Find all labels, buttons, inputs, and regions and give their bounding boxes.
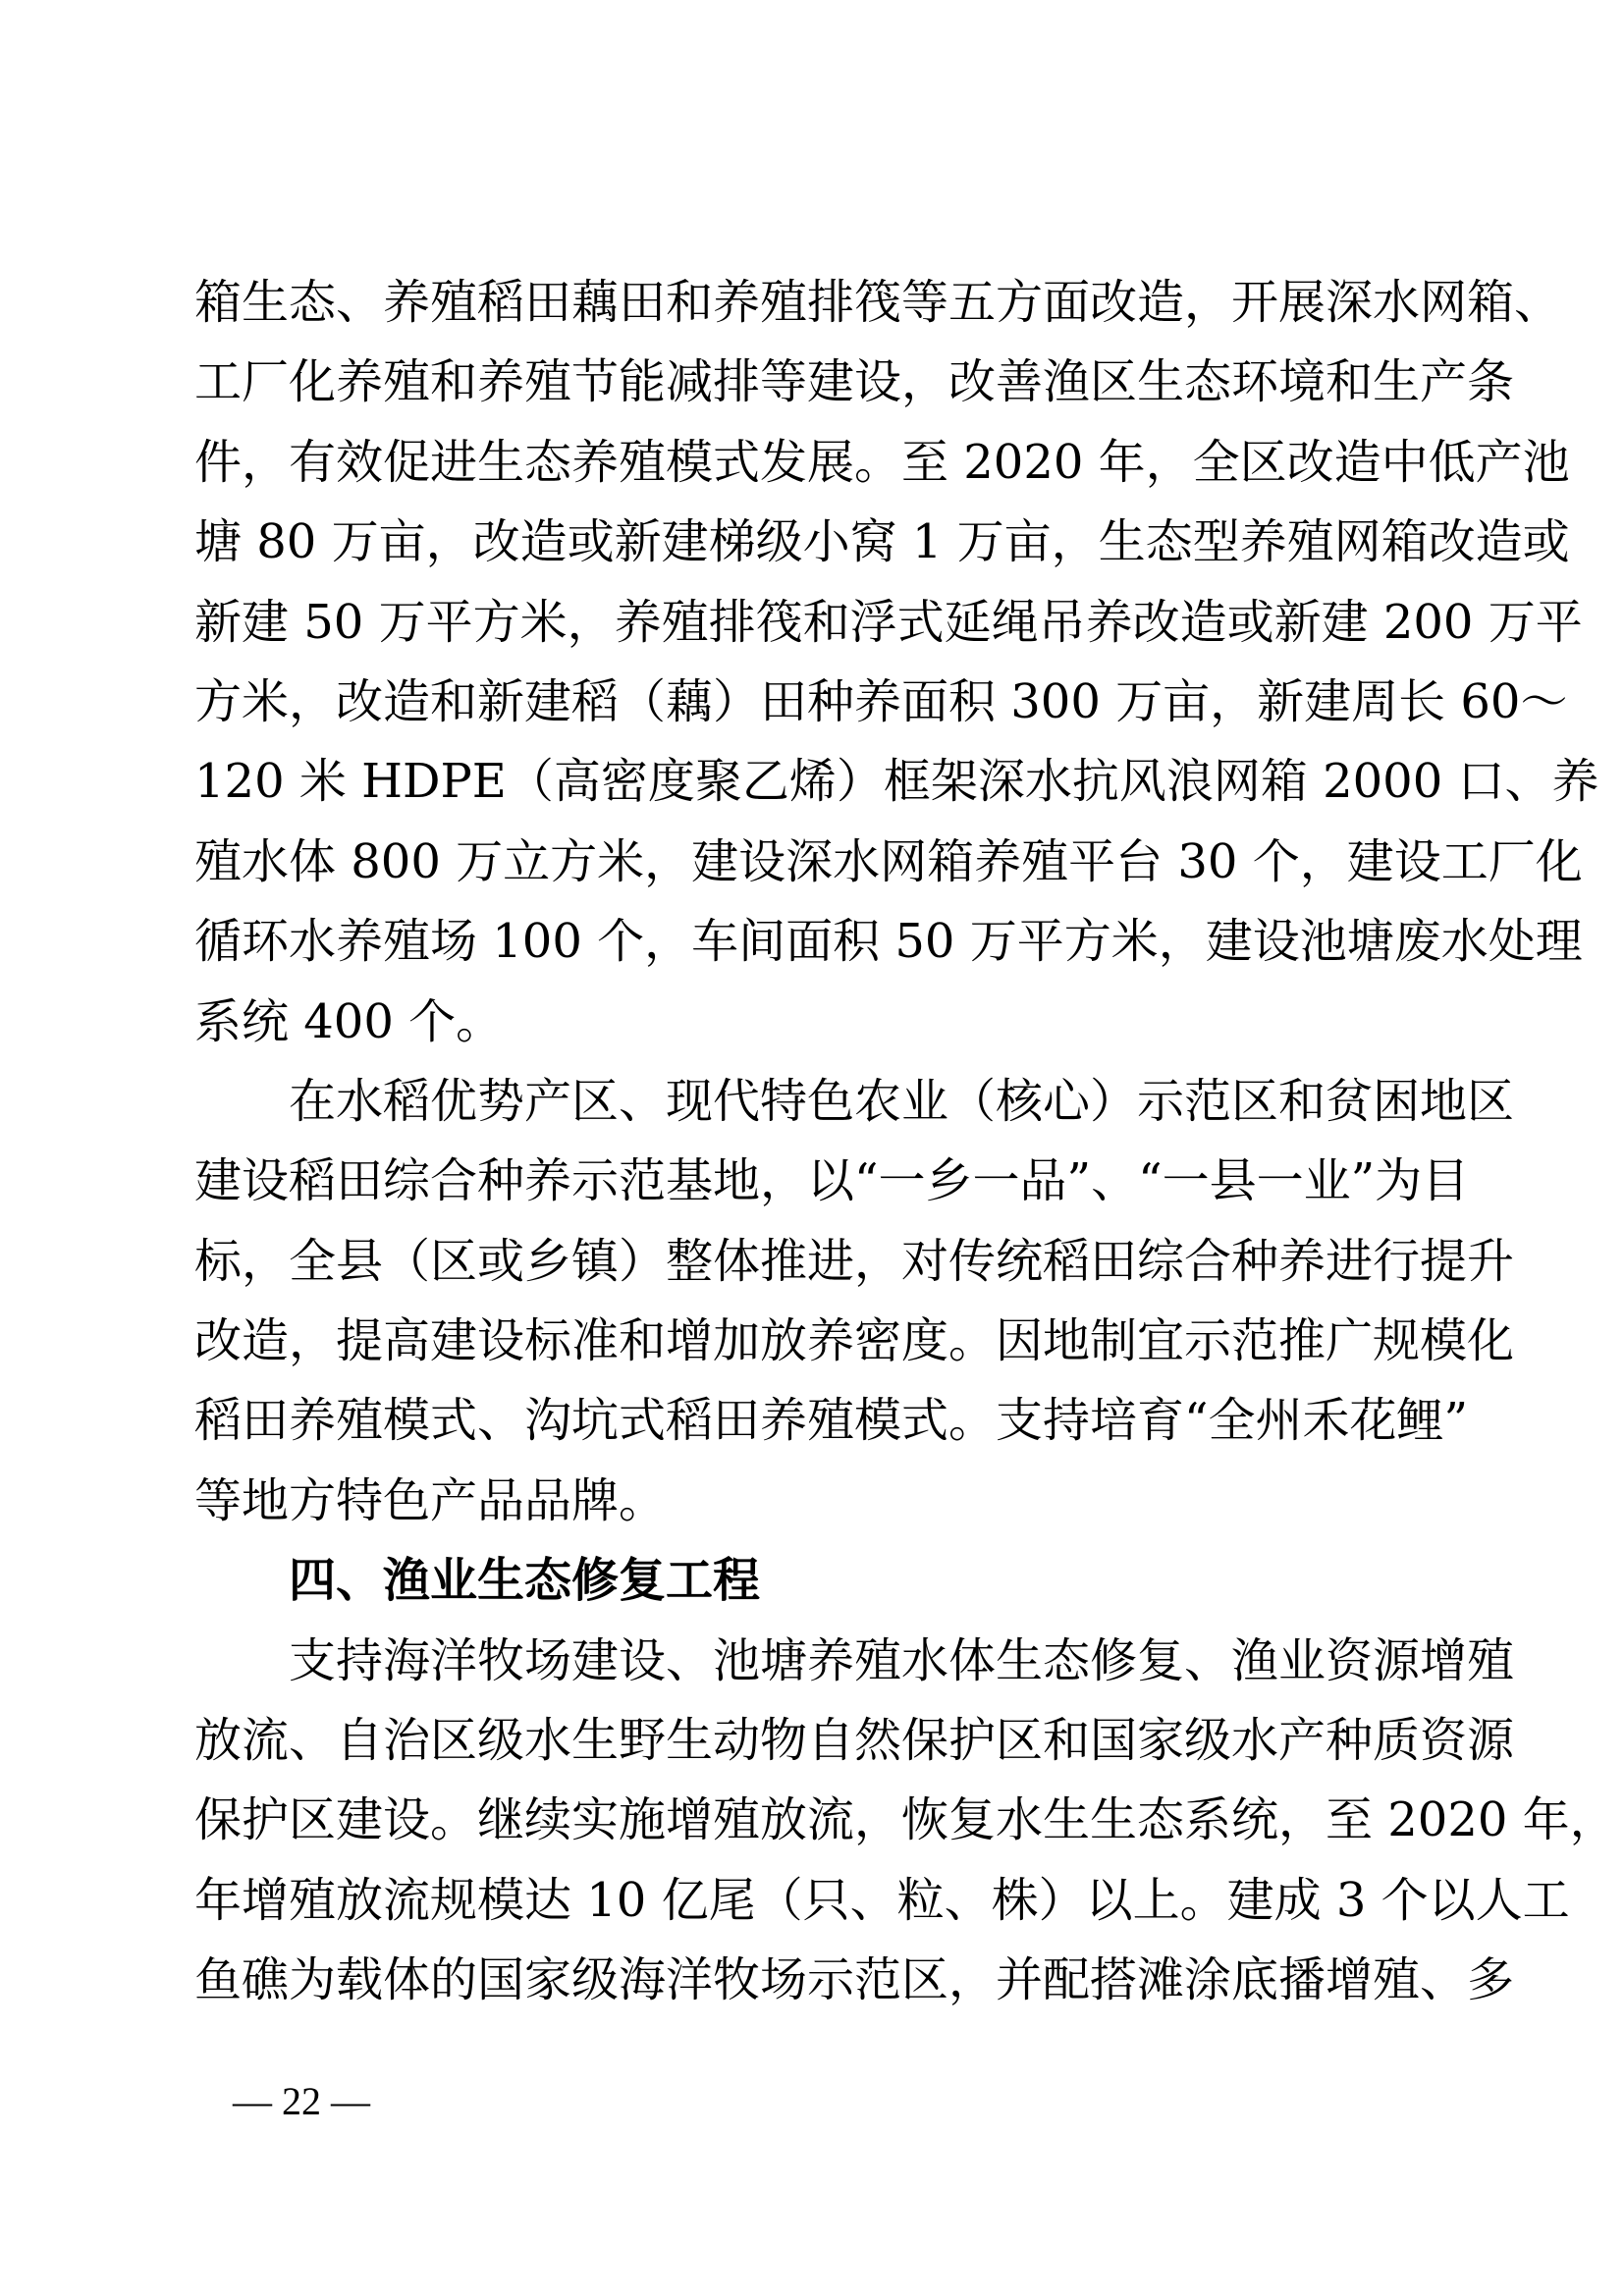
text-line: 方米，改造和新建稻（藕）田种养面积 300 万亩，新建周长 60～	[194, 663, 1447, 742]
text-line: 循环水养殖场 100 个，车间面积 50 万平方米，建设池塘废水处理	[194, 902, 1447, 982]
text-line: 新建 50 万平方米，养殖排筏和浮式延绳吊养改造或新建 200 万平	[194, 583, 1447, 663]
text-line: 保护区建设。继续实施增殖放流，恢复水生生态系统，至 2020 年，	[194, 1781, 1447, 1860]
text-line: 箱生态、养殖稻田藕田和养殖排筏等五方面改造，开展深水网箱、	[194, 263, 1447, 343]
text-line: 鱼礁为载体的国家级海洋牧场示范区，并配搭滩涂底播增殖、多	[194, 1941, 1447, 2020]
text-line: 件，有效促进生态养殖模式发展。至 2020 年，全区改造中低产池	[194, 423, 1447, 503]
text-line: 标，全县（区或乡镇）整体推进，对传统稻田综合种养进行提升	[194, 1222, 1447, 1302]
body-text: 箱生态、养殖稻田藕田和养殖排筏等五方面改造，开展深水网箱、 工厂化养殖和养殖节能…	[194, 263, 1447, 2021]
text-line: 塘 80 万亩，改造或新建梯级小窝 1 万亩，生态型养殖网箱改造或	[194, 503, 1447, 582]
text-line: 殖水体 800 万立方米，建设深水网箱养殖平台 30 个，建设工厂化	[194, 823, 1447, 902]
section-heading: 四、渔业生态修复工程	[194, 1541, 1447, 1621]
text-line: 年增殖放流规模达 10 亿尾（只、粒、株）以上。建成 3 个以人工	[194, 1861, 1447, 1941]
text-line: 工厂化养殖和养殖节能减排等建设，改善渔区生态环境和生产条	[194, 343, 1447, 422]
text-line: 120 米 HDPE（高密度聚乙烯）框架深水抗风浪网箱 2000 口、养	[194, 742, 1447, 822]
text-line: 建设稻田综合种养示范基地，以“一乡一品”、“一县一业”为目	[194, 1142, 1447, 1221]
text-line: 放流、自治区级水生野生动物自然保护区和国家级水产种质资源	[194, 1701, 1447, 1781]
page-number: — 22 —	[233, 2077, 370, 2126]
document-page: 箱生态、养殖稻田藕田和养殖排筏等五方面改造，开展深水网箱、 工厂化养殖和养殖节能…	[0, 0, 1624, 2296]
text-line: 系统 400 个。	[194, 983, 1447, 1062]
paragraph-first-line: 支持海洋牧场建设、池塘养殖水体生态修复、渔业资源增殖	[194, 1622, 1447, 1701]
text-line: 等地方特色产品品牌。	[194, 1462, 1447, 1541]
paragraph-first-line: 在水稻优势产区、现代特色农业（核心）示范区和贫困地区	[194, 1062, 1447, 1142]
text-line: 改造，提高建设标准和增加放养密度。因地制宜示范推广规模化	[194, 1302, 1447, 1381]
text-line: 稻田养殖模式、沟坑式稻田养殖模式。支持培育“全州禾花鲤”	[194, 1381, 1447, 1461]
